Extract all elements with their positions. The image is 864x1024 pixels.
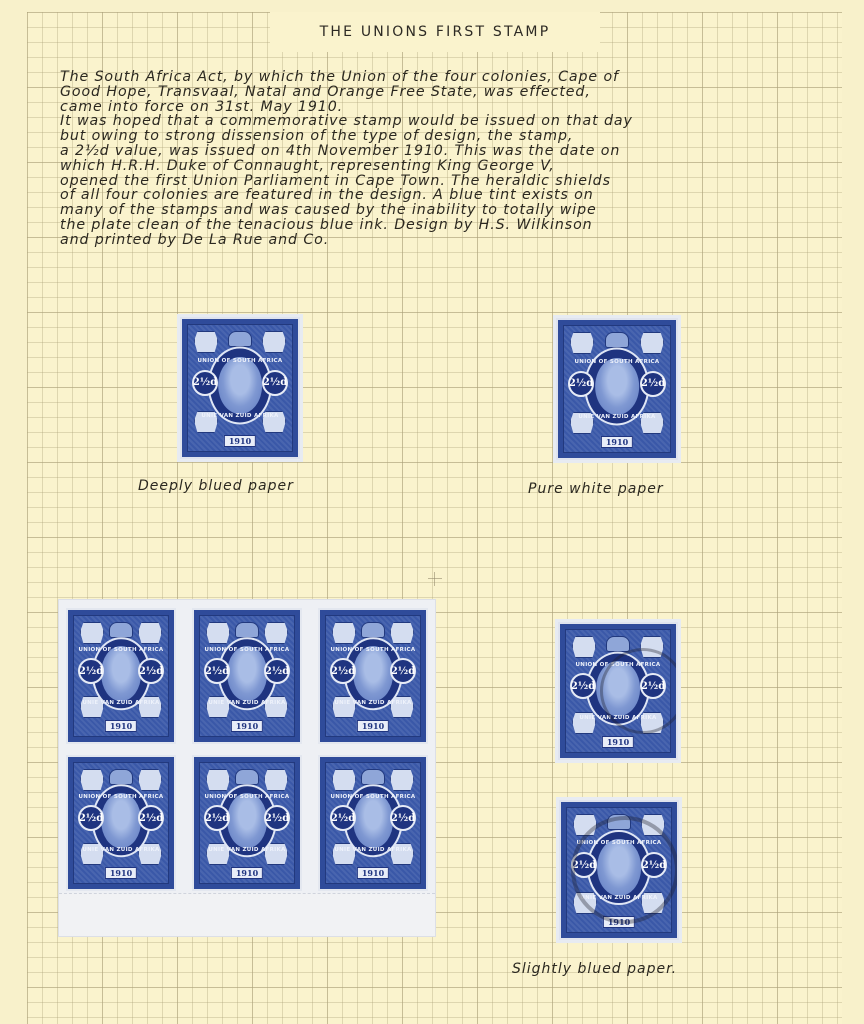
stamp-year: 1910 xyxy=(601,436,633,448)
stamp-pure-white: UNION OF SOUTH AFRICA UNIE VAN ZUID AFRI… xyxy=(556,318,678,460)
stamp-value: 2½d xyxy=(330,658,356,684)
description-text: The South Africa Act, by which the Union… xyxy=(60,70,850,248)
stamp-legend-top: UNION OF SOUTH AFRICA xyxy=(74,647,168,653)
shield-icon xyxy=(390,769,414,791)
stamp-legend-top: UNION OF SOUTH AFRICA xyxy=(188,358,292,364)
description-line: the plate clean of the tenacious blue in… xyxy=(60,218,850,233)
stamp-deeply-blued: UNION OF SOUTH AFRICA UNIE VAN ZUID AFRI… xyxy=(180,317,300,459)
king-portrait-icon xyxy=(597,839,640,895)
king-portrait-icon xyxy=(227,793,266,847)
stamp-year: 1910 xyxy=(357,867,389,879)
king-portrait-icon xyxy=(595,358,639,415)
stamp-year: 1910 xyxy=(357,720,389,732)
shield-icon xyxy=(573,892,597,914)
stamp-legend-top: UNION OF SOUTH AFRICA xyxy=(567,840,671,846)
stamp-frame: UNION OF SOUTH AFRICA UNIE VAN ZUID AFRI… xyxy=(325,615,421,737)
stamp-value: 2½d xyxy=(204,805,230,831)
stamp-value: 2½d xyxy=(138,658,164,684)
stamp-used-2: UNION OF SOUTH AFRICA UNIE VAN ZUID AFRI… xyxy=(559,800,679,940)
stamp-value: 2½d xyxy=(568,371,594,397)
album-page: THE UNIONS FIRST STAMP The South Africa … xyxy=(0,0,864,1024)
stamp-block-item: UNION OF SOUTH AFRICA UNIE VAN ZUID AFRI… xyxy=(318,755,428,891)
stamp-legend-top: UNION OF SOUTH AFRICA xyxy=(564,359,670,365)
crown-icon xyxy=(109,769,133,785)
description-line: which H.R.H. Duke of Connaught, represen… xyxy=(60,159,850,174)
stamp-year: 1910 xyxy=(231,720,263,732)
stamp-frame: UNION OF SOUTH AFRICA UNIE VAN ZUID AFRI… xyxy=(565,629,671,753)
shield-icon xyxy=(390,622,414,644)
stamp-value: 2½d xyxy=(330,805,356,831)
shield-icon xyxy=(80,769,104,791)
crown-icon xyxy=(235,622,259,638)
page-title: THE UNIONS FIRST STAMP xyxy=(320,24,551,40)
shield-icon xyxy=(573,814,597,836)
caption-pure-white: Pure white paper xyxy=(528,481,664,497)
shield-icon xyxy=(206,622,230,644)
stamp-legend-bottom: UNIE VAN ZUID AFRIKA xyxy=(566,715,670,721)
shield-icon xyxy=(332,769,356,791)
portrait-oval xyxy=(587,830,651,906)
stamp-legend-bottom: UNIE VAN ZUID AFRIKA xyxy=(200,700,294,706)
description-line: It was hoped that a commemorative stamp … xyxy=(60,114,850,129)
stamp-frame: UNION OF SOUTH AFRICA UNIE VAN ZUID AFRI… xyxy=(187,324,293,452)
shield-icon xyxy=(264,622,288,644)
description-line: opened the first Union Parliament in Cap… xyxy=(60,174,850,189)
king-portrait-icon xyxy=(353,646,392,700)
shield-icon xyxy=(641,814,665,836)
stamp-year: 1910 xyxy=(105,720,137,732)
stamp-value: 2½d xyxy=(138,805,164,831)
stamp-value: 2½d xyxy=(204,658,230,684)
stamp-frame: UNION OF SOUTH AFRICA UNIE VAN ZUID AFRI… xyxy=(199,762,295,884)
stamp-year: 1910 xyxy=(602,736,634,748)
stamp-value: 2½d xyxy=(78,658,104,684)
king-portrait-icon xyxy=(596,661,639,716)
description-line: but owing to strong dissension of the ty… xyxy=(60,129,850,144)
stamp-used-1: UNION OF SOUTH AFRICA UNIE VAN ZUID AFRI… xyxy=(558,622,678,760)
crown-icon xyxy=(235,769,259,785)
stamp-block-item: UNION OF SOUTH AFRICA UNIE VAN ZUID AFRI… xyxy=(66,755,176,891)
shield-icon xyxy=(570,332,594,354)
stamp-block-item: UNION OF SOUTH AFRICA UNIE VAN ZUID AFRI… xyxy=(192,755,302,891)
stamp-frame: UNION OF SOUTH AFRICA UNIE VAN ZUID AFRI… xyxy=(566,807,672,933)
stamp-value: 2½d xyxy=(640,371,666,397)
stamp-value: 2½d xyxy=(264,805,290,831)
stamp-legend-top: UNION OF SOUTH AFRICA xyxy=(326,794,420,800)
stamp-frame: UNION OF SOUTH AFRICA UNIE VAN ZUID AFRI… xyxy=(199,615,295,737)
shield-icon xyxy=(194,331,218,353)
stamp-value: 2½d xyxy=(640,673,666,699)
stamp-year: 1910 xyxy=(603,916,635,928)
stamp-year: 1910 xyxy=(231,867,263,879)
crown-icon xyxy=(109,622,133,638)
shield-icon xyxy=(640,332,664,354)
stamp-value: 2½d xyxy=(264,658,290,684)
stamp-value: 2½d xyxy=(390,805,416,831)
stamp-value: 2½d xyxy=(78,805,104,831)
stamp-legend-top: UNION OF SOUTH AFRICA xyxy=(200,794,294,800)
crown-icon xyxy=(228,331,252,347)
stamp-value: 2½d xyxy=(571,852,597,878)
crown-icon xyxy=(607,814,631,830)
king-portrait-icon xyxy=(101,793,140,847)
shield-icon xyxy=(264,769,288,791)
stamp-frame: UNION OF SOUTH AFRICA UNIE VAN ZUID AFRI… xyxy=(73,615,169,737)
description-line: The South Africa Act, by which the Union… xyxy=(60,70,850,85)
stamp-legend-bottom: UNIE VAN ZUID AFRIKA xyxy=(567,895,671,901)
stamp-legend-top: UNION OF SOUTH AFRICA xyxy=(326,647,420,653)
king-portrait-icon xyxy=(353,793,392,847)
shield-icon xyxy=(572,636,596,658)
stamp-frame: UNION OF SOUTH AFRICA UNIE VAN ZUID AFRI… xyxy=(563,325,671,453)
stamp-block-item: UNION OF SOUTH AFRICA UNIE VAN ZUID AFRI… xyxy=(318,608,428,744)
crown-icon xyxy=(606,636,630,652)
description-line: came into force on 31st. May 1910. xyxy=(60,100,850,115)
king-portrait-icon xyxy=(101,646,140,700)
stamp-legend-bottom: UNIE VAN ZUID AFRIKA xyxy=(200,847,294,853)
stamp-value: 2½d xyxy=(262,370,288,396)
king-portrait-icon xyxy=(218,357,261,414)
stamp-frame: UNION OF SOUTH AFRICA UNIE VAN ZUID AFRI… xyxy=(325,762,421,884)
stamp-legend-top: UNION OF SOUTH AFRICA xyxy=(200,647,294,653)
caption-slightly-blued: Slightly blued paper. xyxy=(512,961,677,977)
stamp-legend-bottom: UNIE VAN ZUID AFRIKA xyxy=(188,413,292,419)
stamp-legend-bottom: UNIE VAN ZUID AFRIKA xyxy=(74,700,168,706)
shield-icon xyxy=(80,622,104,644)
stamp-legend-bottom: UNIE VAN ZUID AFRIKA xyxy=(74,847,168,853)
stamp-block-item: UNION OF SOUTH AFRICA UNIE VAN ZUID AFRI… xyxy=(66,608,176,744)
shield-icon xyxy=(332,622,356,644)
stamp-value: 2½d xyxy=(390,658,416,684)
stamp-year: 1910 xyxy=(105,867,137,879)
shield-icon xyxy=(640,712,664,734)
stamp-year: 1910 xyxy=(224,435,256,447)
sheet-margin xyxy=(59,893,435,936)
description-line: a 2½d value, was issued on 4th November … xyxy=(60,144,850,159)
description-line: many of the stamps and was caused by the… xyxy=(60,203,850,218)
shield-icon xyxy=(641,892,665,914)
crown-icon xyxy=(361,622,385,638)
shield-icon xyxy=(262,331,286,353)
shield-icon xyxy=(640,636,664,658)
shield-icon xyxy=(138,622,162,644)
stamp-legend-top: UNION OF SOUTH AFRICA xyxy=(74,794,168,800)
stamp-value: 2½d xyxy=(570,673,596,699)
stamp-frame: UNION OF SOUTH AFRICA UNIE VAN ZUID AFRI… xyxy=(73,762,169,884)
stamp-legend-bottom: UNIE VAN ZUID AFRIKA xyxy=(326,700,420,706)
title-box: THE UNIONS FIRST STAMP xyxy=(270,12,600,52)
alignment-mark-icon xyxy=(428,572,442,586)
stamp-legend-bottom: UNIE VAN ZUID AFRIKA xyxy=(564,414,670,420)
caption-deeply-blued: Deeply blued paper xyxy=(138,478,294,494)
crown-icon xyxy=(361,769,385,785)
description-line: and printed by De La Rue and Co. xyxy=(60,233,850,248)
description-line: of all four colonies are featured in the… xyxy=(60,188,850,203)
stamp-value: 2½d xyxy=(641,852,667,878)
crown-icon xyxy=(605,332,629,348)
king-portrait-icon xyxy=(227,646,266,700)
stamp-legend-bottom: UNIE VAN ZUID AFRIKA xyxy=(326,847,420,853)
stamp-legend-top: UNION OF SOUTH AFRICA xyxy=(566,662,670,668)
stamp-block-item: UNION OF SOUTH AFRICA UNIE VAN ZUID AFRI… xyxy=(192,608,302,744)
shield-icon xyxy=(206,769,230,791)
shield-icon xyxy=(138,769,162,791)
description-line: Good Hope, Transvaal, Natal and Orange F… xyxy=(60,85,850,100)
stamp-value: 2½d xyxy=(192,370,218,396)
